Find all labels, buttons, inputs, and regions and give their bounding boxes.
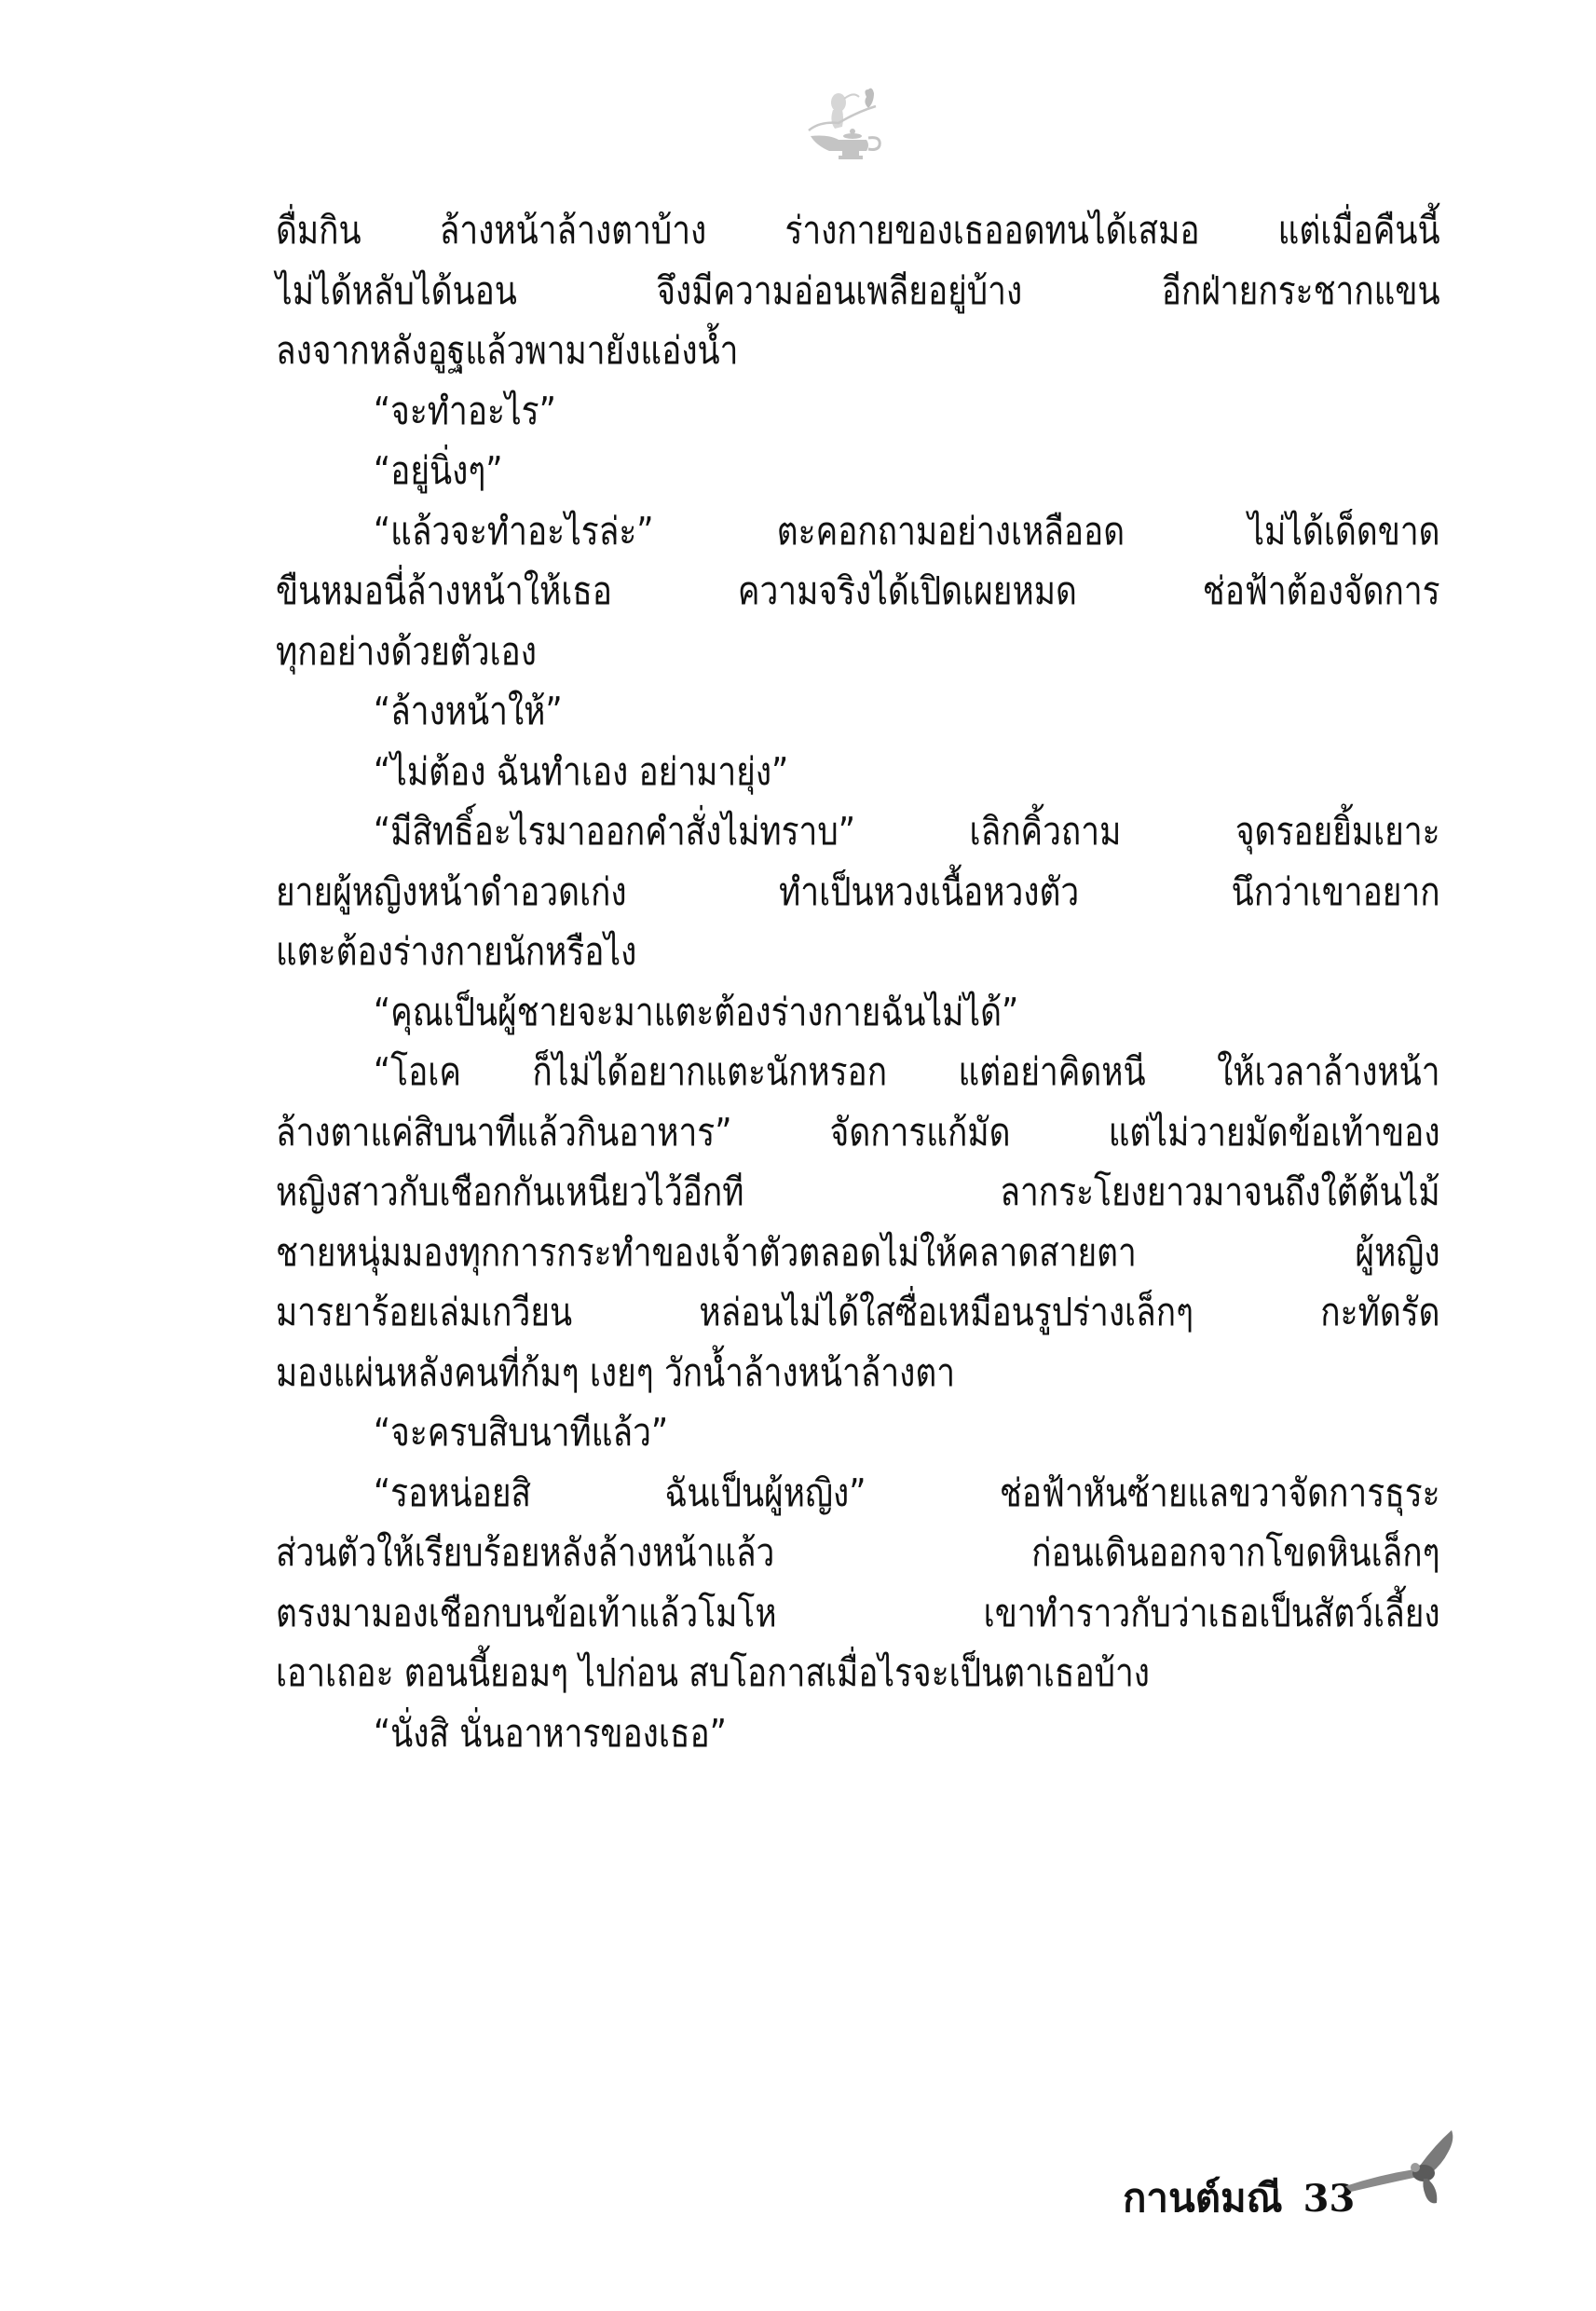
text-line: เอาเถอะ ตอนนี้ยอมๆ ไปก่อน สบโอกาสเมื่อไร… bbox=[276, 1643, 1440, 1703]
dialogue-line: “ล้างหน้าให้” bbox=[276, 681, 1440, 742]
dialogue-line: “ไม่ต้อง ฉันทำเอง อย่ามายุ่ง” bbox=[276, 742, 1440, 802]
dialogue-line: “คุณเป็นผู้ชายจะมาแตะต้องร่างกายฉันไม่ได… bbox=[276, 982, 1440, 1043]
text-line: ทุกอย่างด้วยตัวเอง bbox=[276, 622, 1440, 682]
genie-lamp-cupid-icon bbox=[801, 84, 894, 163]
text-line: หญิงสาวกับเชือกกันเหนียวไว้อีกที ลากระโย… bbox=[276, 1162, 1440, 1223]
text-line: ส่วนตัวให้เรียบร้อยหลังล้างหน้าแล้ว ก่อน… bbox=[276, 1523, 1440, 1583]
page-footer: กานต์มณี 33 bbox=[1123, 2143, 1355, 2218]
text-line: มองแผ่นหลังคนที่ก้มๆ เงยๆ วักน้ำล้างหน้า… bbox=[276, 1343, 1440, 1403]
page-body: ดื่มกิน ล้างหน้าล้างตาบ้าง ร่างกายของเธอ… bbox=[276, 200, 1440, 1763]
book-title: กานต์มณี bbox=[1123, 2179, 1283, 2218]
flying-hawk-icon bbox=[1342, 2126, 1472, 2210]
text-line: ยายผู้หญิงหน้าดำอวดเก่ง ทำเป็นหวงเนื้อหว… bbox=[276, 862, 1440, 923]
text-line: ล้างตาแค่สิบนาทีแล้วกินอาหาร” จัดการแก้ม… bbox=[276, 1102, 1440, 1163]
text-line: ดื่มกิน ล้างหน้าล้างตาบ้าง ร่างกายของเธอ… bbox=[276, 200, 1440, 261]
paragraph-start-line: “แล้วจะทำอะไรล่ะ” ตะคอกถามอย่างเหลืออด ไ… bbox=[276, 501, 1440, 562]
text-line: ชายหนุ่มมองทุกการกระทำของเจ้าตัวตลอดไม่ใ… bbox=[276, 1223, 1440, 1283]
paragraph-start-line: “รอหน่อยสิ ฉันเป็นผู้หญิง” ช่อฟ้าหันซ้าย… bbox=[276, 1463, 1440, 1524]
text-line: ลงจากหลังอูฐแล้วพามายังแอ่งน้ำ bbox=[276, 321, 1440, 381]
text-line: แตะต้องร่างกายนักหรือไง bbox=[276, 922, 1440, 982]
dialogue-line: “จะทำอะไร” bbox=[276, 381, 1440, 442]
text-line: ตรงมามองเชือกบนข้อเท้าแล้วโมโห เขาทำราวก… bbox=[276, 1583, 1440, 1644]
text-line: มารยาร้อยเล่มเกวียน หล่อนไม่ได้ใสซื่อเหม… bbox=[276, 1282, 1440, 1343]
text-line: ไม่ได้หลับได้นอน จึงมีความอ่อนเพลียอยู่บ… bbox=[276, 261, 1440, 321]
dialogue-line: “จะครบสิบนาทีแล้ว” bbox=[276, 1402, 1440, 1463]
dialogue-line: “อยู่นิ่งๆ” bbox=[276, 441, 1440, 501]
paragraph-start-line: “มีสิทธิ์อะไรมาออกคำสั่งไม่ทราบ” เลิกคิ้… bbox=[276, 801, 1440, 862]
paragraph-start-line: “โอเค ก็ไม่ได้อยากแตะนักหรอก แต่อย่าคิดห… bbox=[276, 1042, 1440, 1102]
text-line: ขืนหมอนี่ล้างหน้าให้เธอ ความจริงได้เปิดเ… bbox=[276, 561, 1440, 622]
dialogue-line: “นั่งสิ นั่นอาหารของเธอ” bbox=[276, 1703, 1440, 1764]
